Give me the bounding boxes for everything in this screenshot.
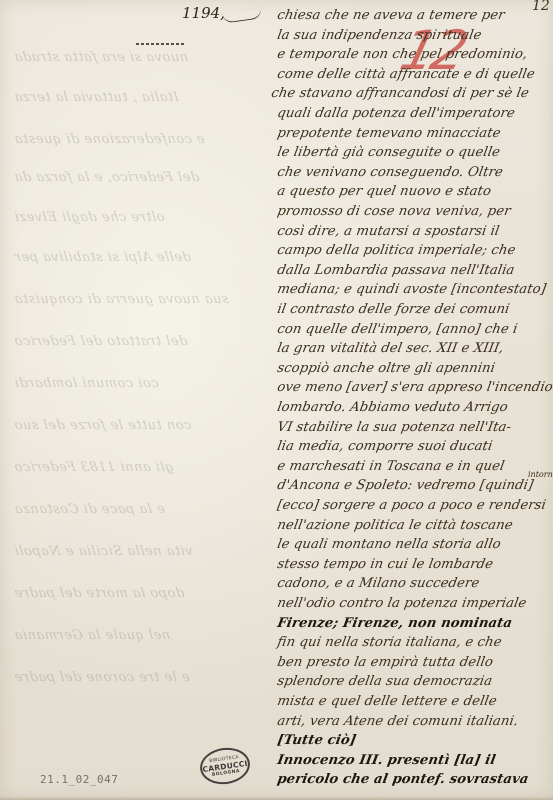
ghost-line: delle Alpi si stabiliva per	[13, 250, 191, 262]
ghost-line: nuova si era fatta strada	[13, 50, 189, 62]
text-line: che venivano conseguendo. Oltre	[276, 165, 504, 180]
text-line: mediana; e quindi avoste [incontestato]	[276, 282, 547, 297]
text-line: che stavano affrancandosi di per sè le	[270, 86, 530, 101]
ghost-line: e la pace di Costanza	[13, 502, 165, 514]
text-line: lia media, comporre suoi ducati	[276, 439, 494, 454]
ghost-line: vita nella Sicilia e Napoli	[13, 544, 193, 556]
ghost-line: dopo la morte del padre	[13, 586, 185, 598]
text-line: Innocenzo III. presentì [la] il	[276, 753, 497, 768]
shelfmark: 21.1_02_047	[40, 773, 118, 786]
manuscript-page: nuova si era fatta strada Italia , tutta…	[0, 0, 553, 800]
text-line: e marchesati in Toscana e in quel	[276, 459, 506, 474]
text-line: VI stabilire la sua potenza nell'Ita-	[276, 420, 512, 435]
text-line: la sua indipendenza spirituale	[276, 28, 483, 43]
text-line: così dire, a mutarsi a spostarsi il	[276, 224, 501, 239]
text-line: fin qui nella storia italiana, e che	[276, 635, 503, 650]
text-line: arti, vera Atene dei comuni italiani.	[276, 714, 519, 729]
text-line: quali dalla potenza dell'imperatore	[276, 106, 516, 121]
text-line: prepotente temevano minacciate	[276, 126, 502, 141]
text-line: dalla Lombardia passava nell'Italia	[276, 263, 516, 278]
ghost-line: del Federico, e la forza da	[13, 170, 200, 182]
text-line: Firenze; Firenze, non nominata	[276, 616, 513, 631]
text-line: d'Ancona e Spoleto: vedremo [quindi]	[276, 478, 535, 493]
page-edge	[0, 796, 553, 800]
text-line: come delle città affrancate e di quelle	[276, 67, 536, 82]
ghost-line: Italia , tuttavia la terza	[13, 90, 179, 102]
text-line: scoppiò anche oltre gli apennini	[276, 361, 496, 376]
ghost-line: gli anni 1183 Federico	[13, 460, 174, 472]
text-line: le libertà già conseguite o quelle	[276, 145, 501, 160]
text-line: [Tutte ciò]	[276, 733, 357, 748]
text-line: il contrasto delle forze dei comuni	[276, 302, 511, 317]
ghost-line: nel quale la Germania	[13, 628, 171, 640]
text-line: le quali montano nella storia allo	[276, 537, 502, 552]
folio-flourish	[221, 7, 262, 23]
ghost-line: e confederazione di questa	[13, 132, 205, 144]
text-line: e temporale non che pel predominio,	[276, 47, 529, 62]
text-line: lombardo. Abbiamo veduto Arrigo	[276, 400, 509, 415]
ghost-line: oltre che dagli Elvezi	[13, 210, 165, 222]
text-line: nell'odio contro la potenza imperiale	[276, 596, 528, 611]
text-line: campo della politica imperiale; che	[276, 243, 517, 258]
ghost-line: e le tre corone del padre	[13, 670, 190, 682]
text-line: chiesa che ne aveva a temere per	[276, 8, 506, 23]
ghost-line: del trattato del Federico	[13, 334, 188, 346]
corner-page-number: 12	[532, 0, 550, 14]
text-line: pericolo che al pontef. sovrastava	[276, 772, 530, 787]
ghost-line: con tutte le forze del suo	[13, 418, 192, 430]
text-line: splendore della sua democrazia	[276, 674, 493, 689]
text-line: ben presto la empirà tutta dello	[276, 655, 494, 670]
text-line: nell'azione politica le città toscane	[276, 518, 514, 533]
text-line: cadono, e a Milano succedere	[276, 576, 481, 591]
text-line: con quelle dell'impero, [anno] che i	[276, 322, 519, 337]
text-line: mista e quel delle lettere e delle	[276, 694, 498, 709]
text-line: [ecco] sorgere a poco a poco e rendersi	[276, 498, 547, 513]
interlinear-insertion: intorno	[528, 470, 553, 479]
text-line: promosso di cose nova veniva, per	[276, 204, 512, 219]
bleed-through-text: nuova si era fatta strada Italia , tutta…	[14, 30, 254, 770]
ghost-line: sua nuova guerra di conquista	[13, 292, 229, 304]
text-line: a questo per quel nuovo e stato	[276, 184, 492, 199]
ghost-line: coi comuni lombardi	[13, 376, 159, 388]
folio-number: 1194,	[182, 4, 225, 22]
dash-mark	[136, 43, 186, 45]
text-line: ove meno [aver] s'era appreso l'incendio	[276, 380, 553, 395]
text-line: la gran vitalità del sec. XII e XIII,	[276, 341, 505, 356]
text-line: stesso tempo in cui le lombarde	[276, 557, 494, 572]
